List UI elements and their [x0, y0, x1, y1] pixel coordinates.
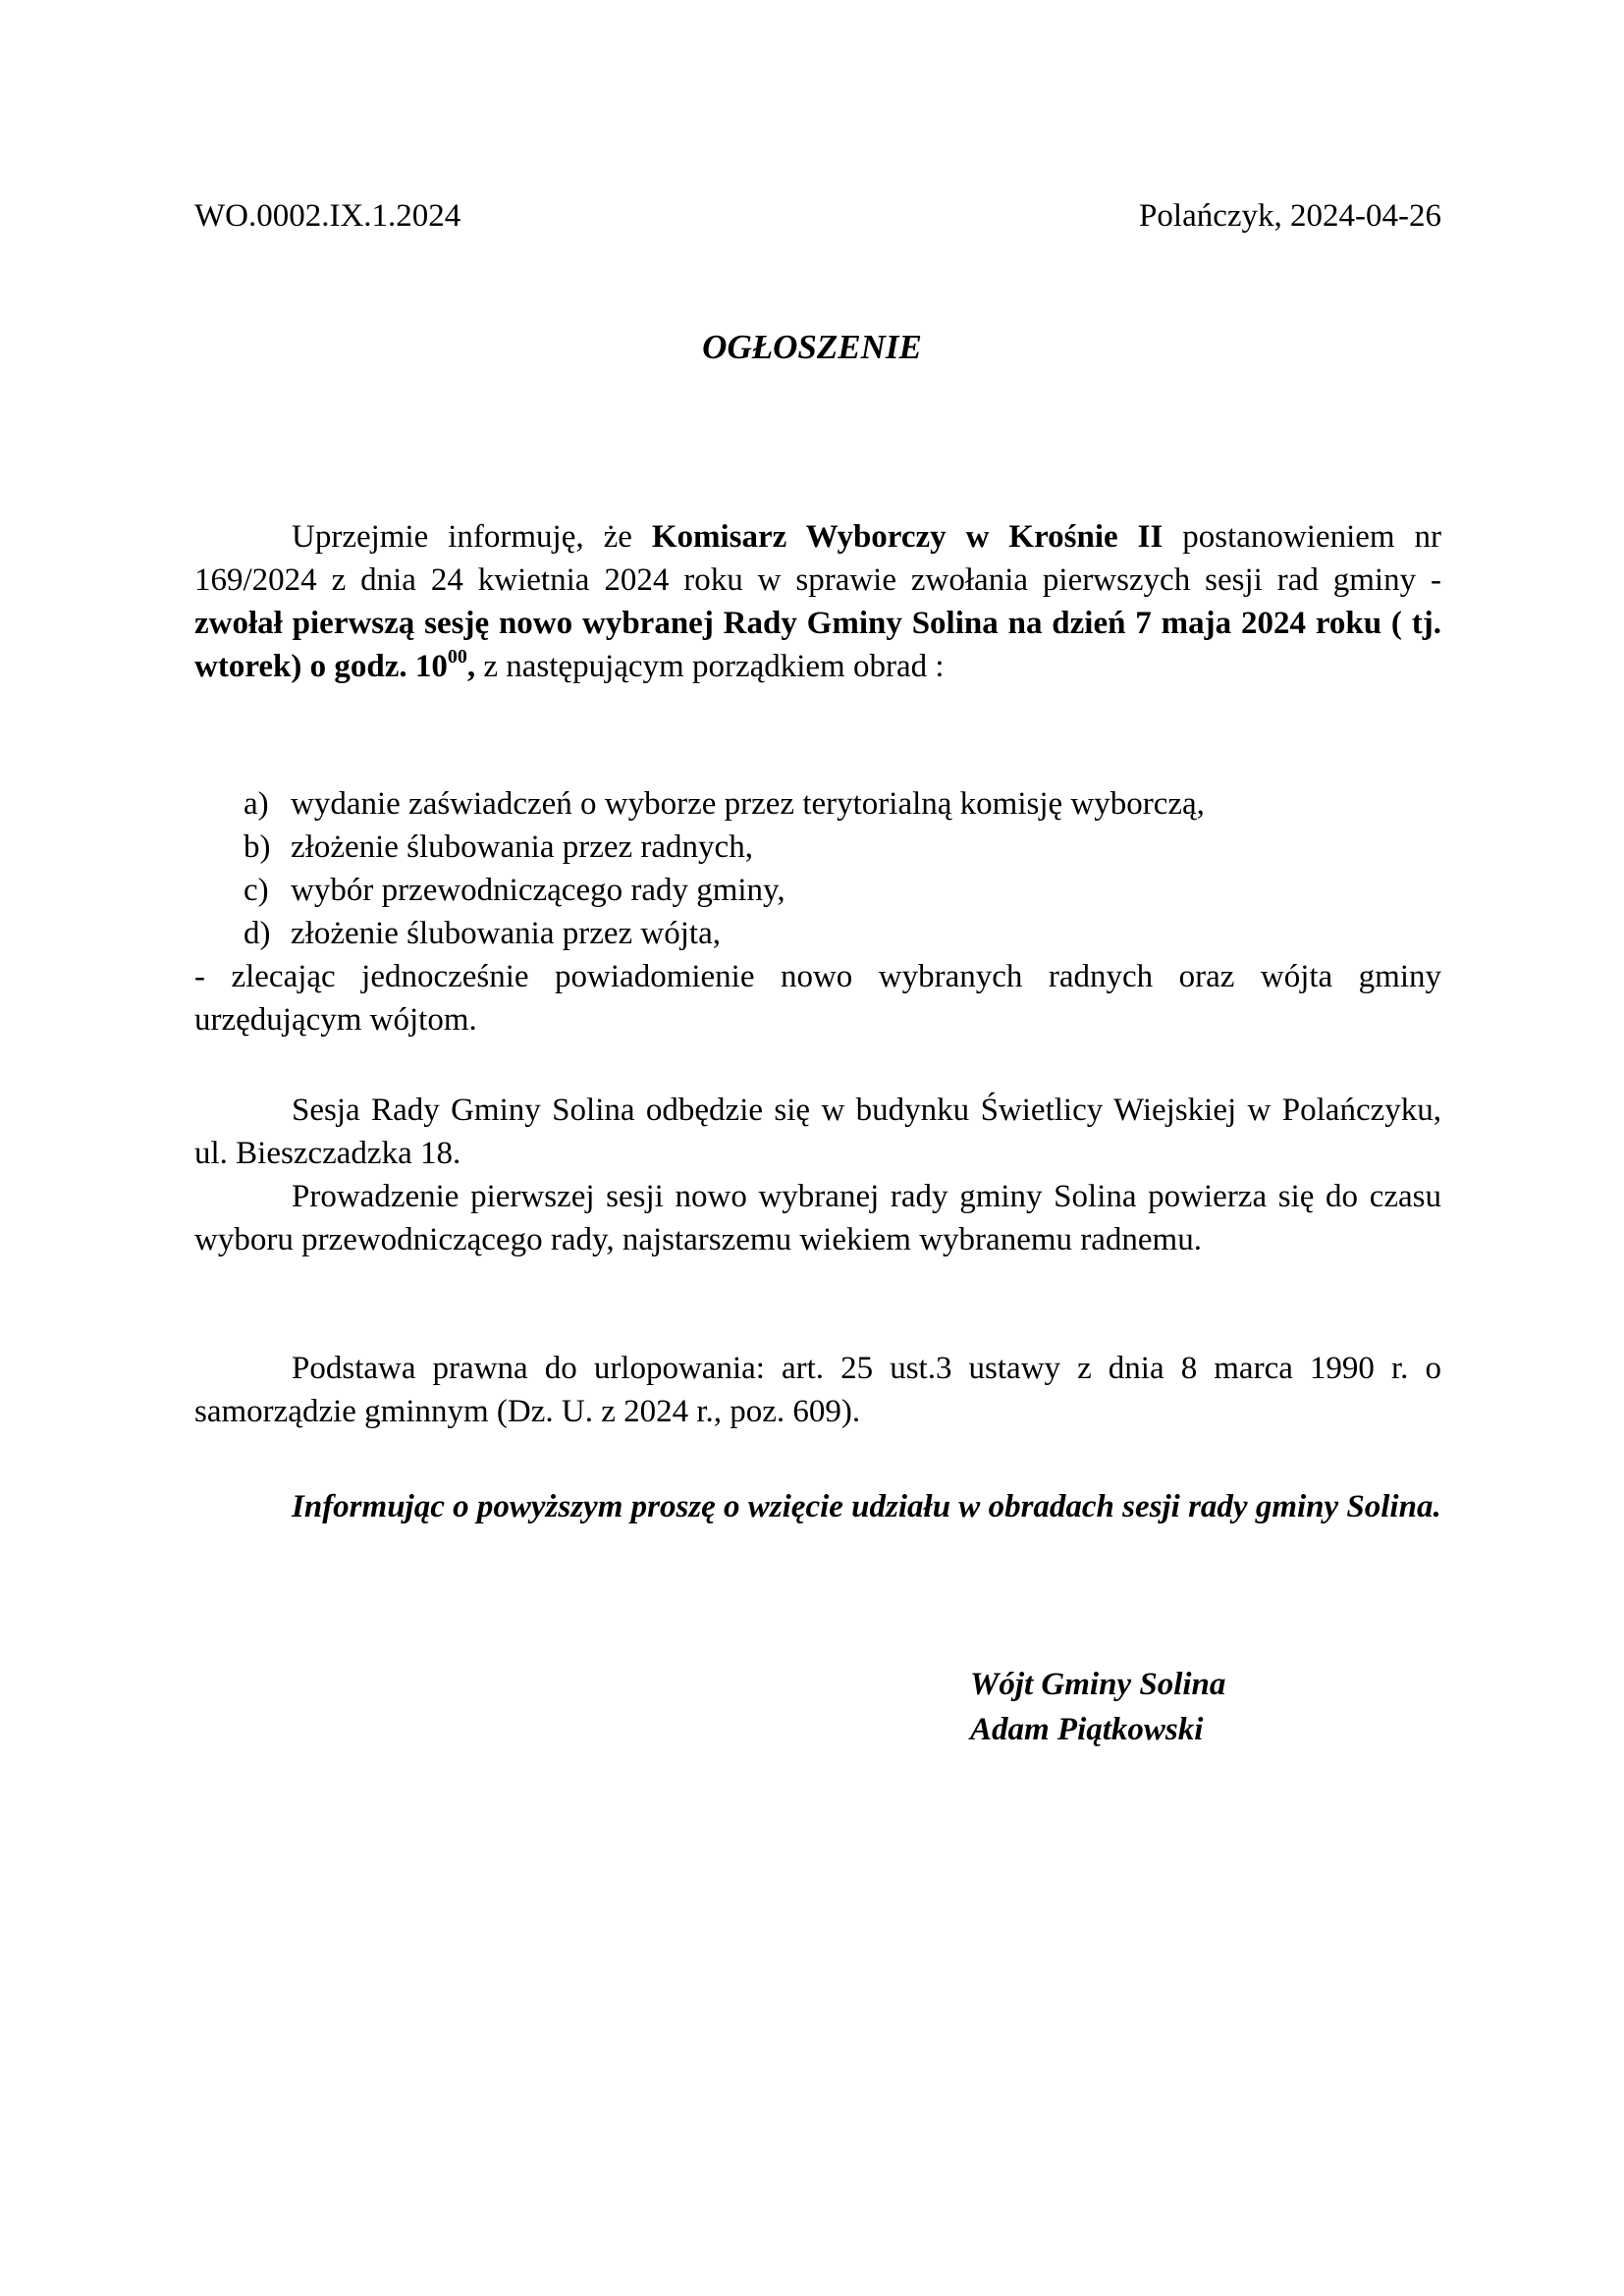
agenda-item-letter: d) — [244, 912, 291, 955]
agenda-item-text: złożenie ślubowania przez radnych, — [291, 826, 753, 869]
agenda-item-text: wydanie zaświadczeń o wyborze przez tery… — [291, 782, 1205, 826]
comma: , — [467, 649, 475, 684]
legal-basis-text: Podstawa prawna do urlopowania: art. 25 … — [194, 1347, 1441, 1433]
agenda-item: a)wydanie zaświadczeń o wyborze przez te… — [244, 782, 1205, 826]
agenda-item-letter: b) — [244, 826, 291, 869]
agenda-item: c)wybór przewodniczącego rady gminy, — [244, 869, 1205, 912]
agenda-note-text: - zlecając jednocześnie powiadomienie no… — [194, 955, 1441, 1041]
announcement-paragraph: Uprzejmie informuję, że Komisarz Wyborcz… — [194, 515, 1441, 688]
legal-basis-paragraph: Podstawa prawna do urlopowania: art. 25 … — [194, 1347, 1441, 1433]
agenda-item-letter: a) — [244, 782, 291, 826]
agenda-item-text: wybór przewodniczącego rady gminy, — [291, 869, 785, 912]
closing-paragraph: Informując o powyższym proszę o wzięcie … — [194, 1485, 1441, 1528]
closing-text: Informując o powyższym proszę o wzięcie … — [194, 1485, 1441, 1528]
agenda-intro: z następującym porządkiem obrad : — [483, 649, 944, 684]
agenda-item: d)złożenie ślubowania przez wójta, — [244, 912, 1205, 955]
document-reference-number: WO.0002.IX.1.2024 — [194, 194, 460, 238]
venue-paragraph: Sesja Rady Gminy Solina odbędzie się w b… — [194, 1089, 1441, 1261]
commissioner-name: Komisarz Wyborczy w Krośnie II — [652, 519, 1163, 555]
place-and-date: Polańczyk, 2024-04-26 — [1139, 194, 1441, 238]
chairing-text: Prowadzenie pierwszej sesji nowo wybrane… — [194, 1175, 1441, 1261]
agenda-note: - zlecając jednocześnie powiadomienie no… — [194, 955, 1441, 1041]
intro-text: Uprzejmie informuję, że — [292, 519, 652, 555]
agenda-item-letter: c) — [244, 869, 291, 912]
agenda-list: a)wydanie zaświadczeń o wyborze przez te… — [244, 782, 1205, 955]
document-title: OGŁOSZENIE — [0, 328, 1624, 367]
venue-text: Sesja Rady Gminy Solina odbędzie się w b… — [194, 1089, 1441, 1175]
signature-position: Wójt Gminy Solina — [970, 1662, 1225, 1707]
agenda-item: b)złożenie ślubowania przez radnych, — [244, 826, 1205, 869]
agenda-item-text: złożenie ślubowania przez wójta, — [291, 912, 721, 955]
signature-block: Wójt Gminy Solina Adam Piątkowski — [970, 1662, 1225, 1752]
signature-name: Adam Piątkowski — [970, 1707, 1225, 1752]
hour-minutes: 00 — [448, 646, 467, 667]
